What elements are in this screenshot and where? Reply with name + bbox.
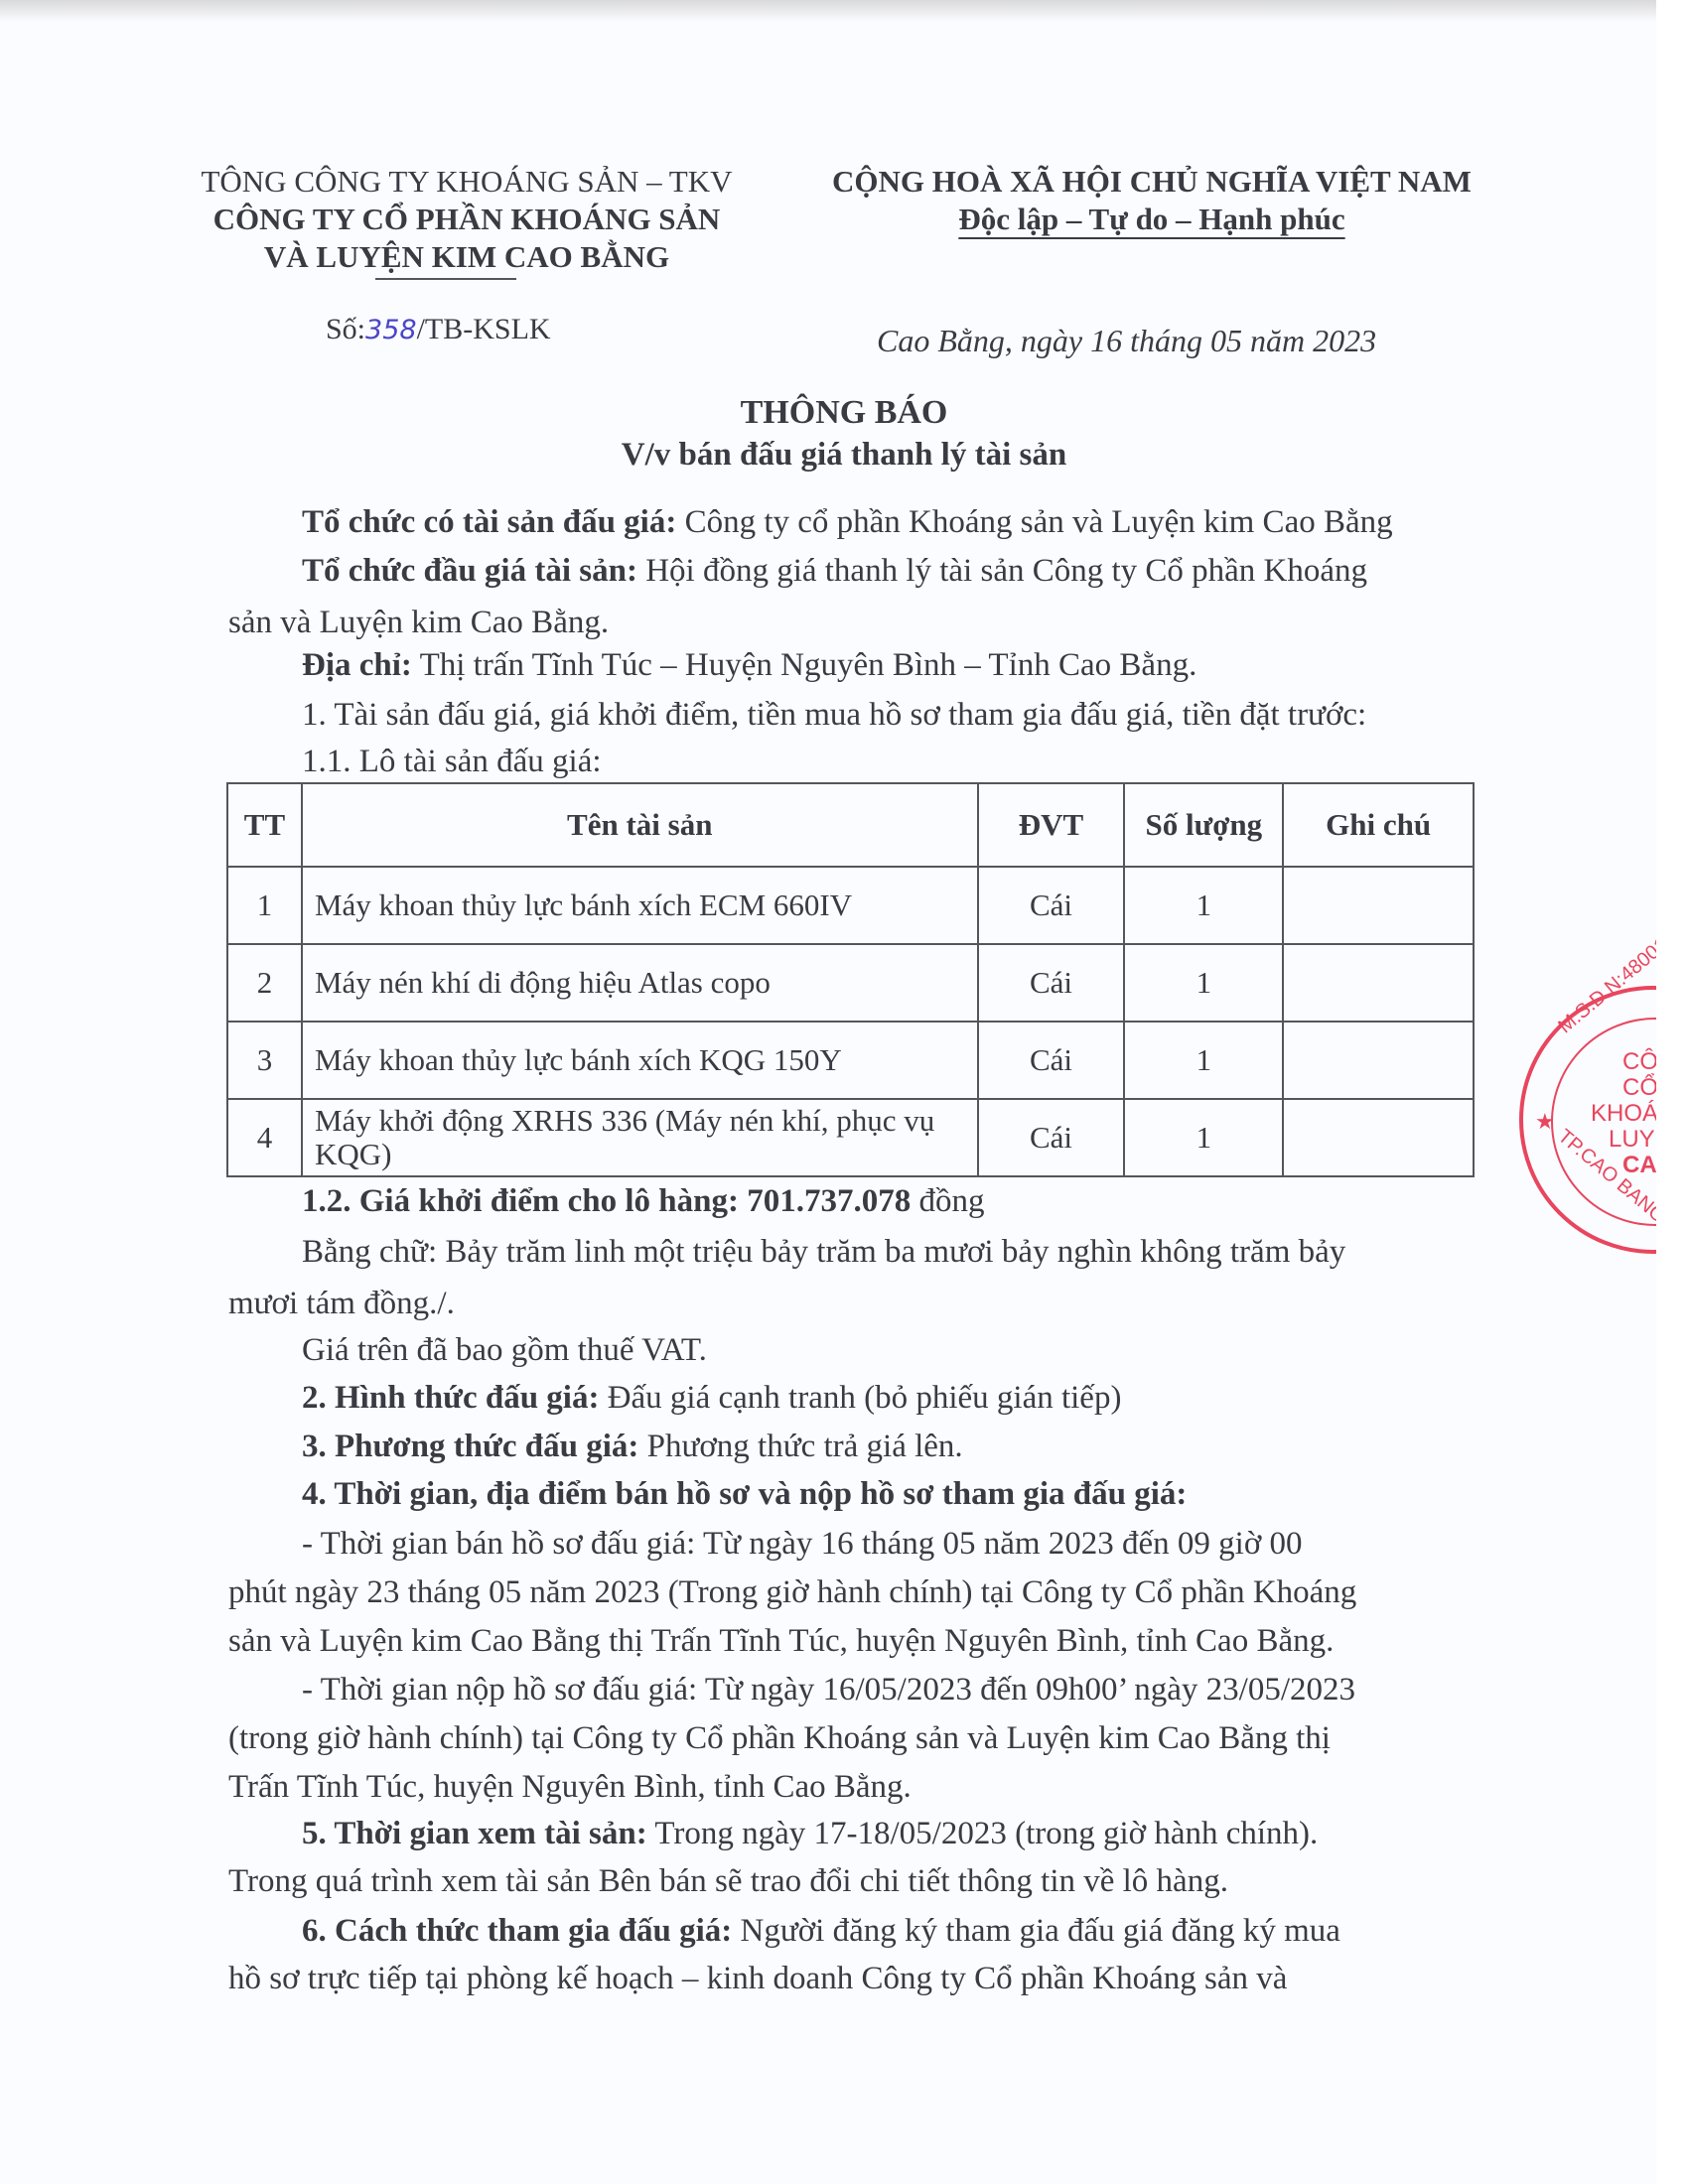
asset-name: Máy khởi động XRHS 336 (Máy nén khí, phụ…	[302, 1099, 978, 1176]
asset-name: Máy khoan thủy lực bánh xích KQG 150Y	[302, 1022, 978, 1099]
table-row: 2Máy nén khí di động hiệu Atlas copoCái1	[227, 944, 1474, 1022]
section-3: 3. Phương thức đấu giá: Phương thức trả …	[302, 1422, 963, 1471]
table-header-row: TT Tên tài sản ĐVT Số lượng Ghi chú	[227, 783, 1474, 867]
col-header-name: Tên tài sản	[302, 783, 978, 867]
section-4-sale-time: - Thời gian bán hồ sơ đấu giá: Từ ngày 1…	[302, 1519, 1303, 1569]
asset-note	[1283, 867, 1474, 944]
scan-page-edge	[1656, 0, 1688, 2184]
document-title: THÔNG BÁO	[0, 394, 1688, 432]
asset-quantity: 1	[1124, 1022, 1283, 1099]
section-4-heading: 4. Thời gian, địa điểm bán hồ sơ và nộp …	[302, 1469, 1187, 1519]
price-in-words-cont: mươi tám đồng./.	[228, 1279, 455, 1328]
section-1-1-heading: 1.1. Lô tài sản đấu giá:	[302, 737, 602, 786]
asset-unit: Cái	[978, 1022, 1125, 1099]
national-header: CỘNG HOÀ XÃ HỘI CHỦ NGHĨA VIỆT NAM Độc l…	[804, 163, 1499, 238]
asset-quantity: 1	[1124, 867, 1283, 944]
row-number: 3	[227, 1022, 302, 1099]
asset-name: Máy khoan thủy lực bánh xích ECM 660IV	[302, 867, 978, 944]
asset-table: TT Tên tài sản ĐVT Số lượng Ghi chú 1Máy…	[226, 782, 1475, 1177]
vat-note: Giá trên đã bao gồm thuế VAT.	[302, 1325, 707, 1375]
section-5-cont: Trong quá trình xem tài sản Bên bán sẽ t…	[228, 1856, 1228, 1906]
table-row: 1Máy khoan thủy lực bánh xích ECM 660IVC…	[227, 867, 1474, 944]
section-6-cont: hồ sơ trực tiếp tại phòng kế hoạch – kin…	[228, 1954, 1287, 2003]
section-4-submit-time-cont2: Trấn Tĩnh Túc, huyện Nguyên Bình, tỉnh C…	[228, 1762, 912, 1812]
country-name: CỘNG HOÀ XÃ HỘI CHỦ NGHĨA VIỆT NAM	[804, 163, 1499, 201]
motto: Độc lập – Tự do – Hạnh phúc	[804, 201, 1499, 238]
section-4-sale-time-cont1: phút ngày 23 tháng 05 năm 2023 (Trong gi…	[228, 1568, 1356, 1617]
col-header-qty: Số lượng	[1124, 783, 1283, 867]
document-subtitle: V/v bán đấu giá thanh lý tài sản	[0, 437, 1688, 474]
asset-note	[1283, 944, 1474, 1022]
asset-name: Máy nén khí di động hiệu Atlas copo	[302, 944, 978, 1022]
seal-star-icon: ★	[1535, 1109, 1555, 1135]
table-row: 3Máy khoan thủy lực bánh xích KQG 150YCá…	[227, 1022, 1474, 1099]
section-5: 5. Thời gian xem tài sản: Trong ngày 17-…	[302, 1809, 1318, 1858]
asset-unit: Cái	[978, 944, 1125, 1022]
org-header: TÔNG CÔNG TY KHOÁNG SẢN – TKV CÔNG TY CỔ…	[179, 163, 755, 276]
col-header-unit: ĐVT	[978, 783, 1125, 867]
auctioneer-line: Tổ chức đầu giá tài sản: Hội đồng giá th…	[302, 546, 1367, 596]
section-4-submit-time: - Thời gian nộp hồ sơ đấu giá: Từ ngày 1…	[302, 1665, 1355, 1714]
section-1-heading: 1. Tài sản đấu giá, giá khởi điểm, tiền …	[302, 690, 1366, 740]
header-underline-left	[375, 278, 516, 280]
company-name-line1: CÔNG TY CỔ PHẦN KHOÁNG SẢN	[179, 201, 755, 238]
asset-quantity: 1	[1124, 944, 1283, 1022]
section-6: 6. Cách thức tham gia đấu giá: Người đăn…	[302, 1906, 1340, 1956]
address-line: Địa chỉ: Thị trấn Tĩnh Túc – Huyện Nguyê…	[302, 640, 1196, 690]
handwritten-number: 358	[365, 315, 417, 345]
starting-price: 1.2. Giá khởi điểm cho lô hàng: 701.737.…	[302, 1176, 985, 1226]
col-header-note: Ghi chú	[1283, 783, 1474, 867]
asset-note	[1283, 1022, 1474, 1099]
owner-line: Tổ chức có tài sản đấu giá: Công ty cổ p…	[302, 497, 1393, 547]
parent-org: TÔNG CÔNG TY KHOÁNG SẢN – TKV	[179, 163, 755, 201]
row-number: 1	[227, 867, 302, 944]
scan-top-shadow	[0, 0, 1688, 22]
document-number: Số:358/TB-KSLK	[326, 313, 551, 346]
asset-quantity: 1	[1124, 1099, 1283, 1176]
col-header-tt: TT	[227, 783, 302, 867]
section-4-sale-time-cont2: sản và Luyện kim Cao Bằng thị Trấn Tĩnh …	[228, 1616, 1334, 1666]
asset-unit: Cái	[978, 1099, 1125, 1176]
section-2: 2. Hình thức đấu giá: Đấu giá cạnh tranh…	[302, 1373, 1121, 1423]
document-date: Cao Bằng, ngày 16 tháng 05 năm 2023	[877, 323, 1376, 359]
row-number: 4	[227, 1099, 302, 1176]
section-4-submit-time-cont1: (trong giờ hành chính) tại Công ty Cổ ph…	[228, 1713, 1331, 1763]
asset-unit: Cái	[978, 867, 1125, 944]
price-in-words: Bằng chữ: Bảy trăm linh một triệu bảy tr…	[302, 1227, 1345, 1277]
row-number: 2	[227, 944, 302, 1022]
company-name-line2: VÀ LUYỆN KIM CAO BẰNG	[179, 238, 755, 276]
asset-note	[1283, 1099, 1474, 1176]
table-row: 4Máy khởi động XRHS 336 (Máy nén khí, ph…	[227, 1099, 1474, 1176]
